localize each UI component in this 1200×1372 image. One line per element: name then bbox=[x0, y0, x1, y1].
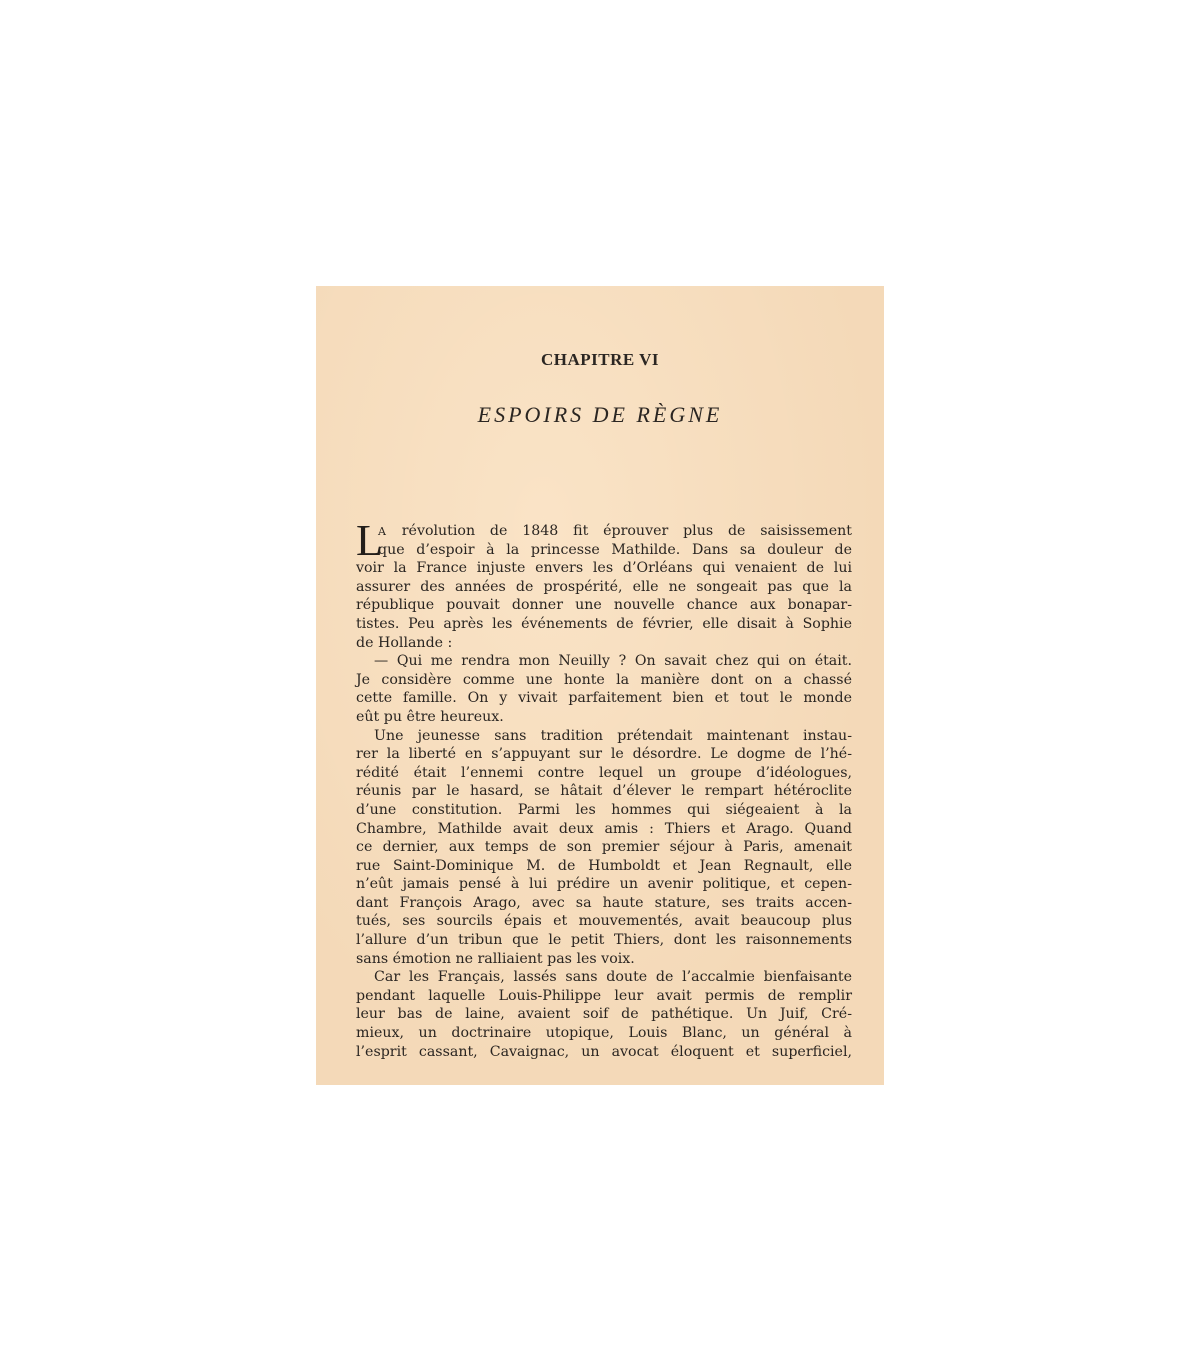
body-text: L A révolution de 1848 fit éprouver plus… bbox=[356, 522, 852, 1061]
chapter-title: ESPOIRS DE RÈGNE bbox=[316, 402, 884, 428]
text-line: d’une constitution. Parmi les hommes qui… bbox=[356, 801, 852, 820]
text-line: rer la liberté en s’appuyant sur le déso… bbox=[356, 745, 852, 764]
text-line: cette famille. On y vivait parfaitement … bbox=[356, 689, 852, 708]
text-line: leur bas de laine, avaient soif de pathé… bbox=[356, 1005, 852, 1024]
text-line: Je considère comme une honte la manière … bbox=[356, 671, 852, 690]
text-line: eût pu être heureux. bbox=[356, 708, 852, 727]
text-line: n’eût jamais pensé à lui prédire un aven… bbox=[356, 875, 852, 894]
text-line: l’allure d’un tribun que le petit Thiers… bbox=[356, 931, 852, 950]
text-line: A révolution de 1848 fit éprouver plus d… bbox=[356, 522, 852, 541]
text-line: réunis par le hasard, se hâtait d’élever… bbox=[356, 782, 852, 801]
text-line: voir la France injuste envers les d’Orlé… bbox=[356, 559, 852, 578]
text-lines: A révolution de 1848 fit éprouver plus d… bbox=[356, 522, 852, 1061]
text-line: — Qui me rendra mon Neuilly ? On savait … bbox=[356, 652, 852, 671]
chapter-number: CHAPITRE VI bbox=[316, 350, 884, 370]
drop-cap: L bbox=[356, 523, 383, 559]
text-line: tués, ses sourcils épais et mouvementés,… bbox=[356, 912, 852, 931]
text-line: pendant laquelle Louis-Philippe leur ava… bbox=[356, 987, 852, 1006]
book-page: CHAPITRE VI ESPOIRS DE RÈGNE L A révolut… bbox=[316, 286, 884, 1085]
text-line: tistes. Peu après les événements de févr… bbox=[356, 615, 852, 634]
text-line: Car les Français, lassés sans doute de l… bbox=[356, 968, 852, 987]
text-line: l’esprit cassant, Cavaignac, un avocat é… bbox=[356, 1043, 852, 1062]
text-line: Une jeunesse sans tradition prétendait m… bbox=[356, 727, 852, 746]
text-line: sans émotion ne ralliaient pas les voix. bbox=[356, 950, 852, 969]
text-line: mieux, un doctrinaire utopique, Louis Bl… bbox=[356, 1024, 852, 1043]
text-line: rue Saint-Dominique M. de Humboldt et Je… bbox=[356, 857, 852, 876]
text-line: république pouvait donner une nouvelle c… bbox=[356, 596, 852, 615]
text-line: Chambre, Mathilde avait deux amis : Thie… bbox=[356, 820, 852, 839]
text-line: rédité était l’ennemi contre lequel un g… bbox=[356, 764, 852, 783]
text-line: ce dernier, aux temps de son premier séj… bbox=[356, 838, 852, 857]
text-line: dant François Arago, avec sa haute statu… bbox=[356, 894, 852, 913]
text-line: que d’espoir à la princesse Mathilde. Da… bbox=[356, 541, 852, 560]
text-line: de Hollande : bbox=[356, 634, 852, 653]
text-line: assurer des années de prospérité, elle n… bbox=[356, 578, 852, 597]
